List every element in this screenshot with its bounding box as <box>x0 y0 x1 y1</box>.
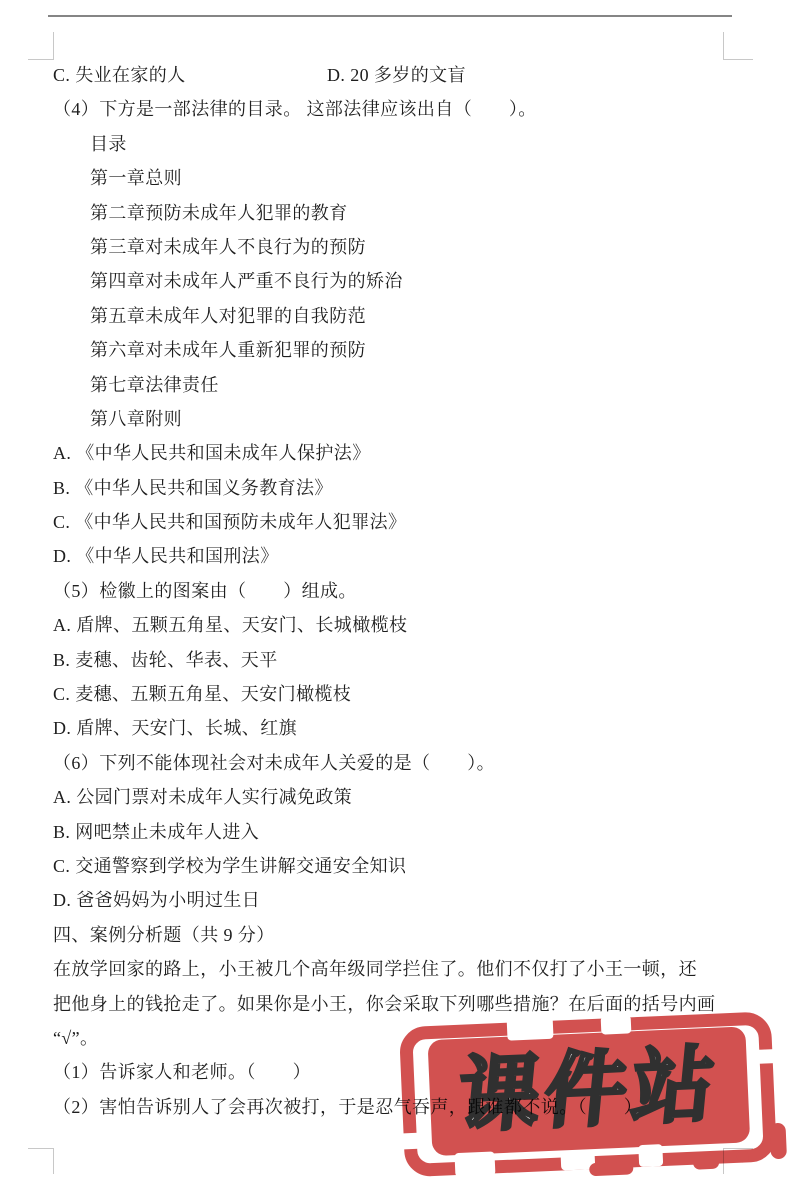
text-line: D. 盾牌、天安门、长城、红旗 <box>0 711 800 745</box>
text-line: 第一章总则 <box>0 161 800 195</box>
stamp-ink-blob <box>693 1156 720 1170</box>
text-segment: D. 20 多岁的文盲 <box>327 58 466 92</box>
page-edge-line <box>48 15 732 17</box>
text-line: 第八章附则 <box>0 402 800 436</box>
stamp-frame-gap <box>454 1151 495 1177</box>
text-line: B. 麦穗、齿轮、华表、天平 <box>0 643 800 677</box>
text-line: C. 失业在家的人D. 20 多岁的文盲 <box>0 58 800 92</box>
text-line: A. 《中华人民共和国未成年人保护法》 <box>0 436 800 470</box>
text-line: （2）害怕告诉别人了会再次被打，于是忍气吞声，跟谁都不说。（ ） <box>0 1090 800 1124</box>
text-line: （5）检徽上的图案由（ ）组成。 <box>0 574 800 608</box>
text-boundary-corner-top-right <box>723 32 753 60</box>
stamp-ink-blob <box>769 1123 787 1160</box>
text-line: 在放学回家的路上，小王被几个高年级同学拦住了。他们不仅打了小王一顿，还 <box>0 952 800 986</box>
text-line: 第六章对未成年人重新犯罪的预防 <box>0 333 800 367</box>
text-line: “√”。 <box>0 1021 800 1055</box>
text-line: D. 《中华人民共和国刑法》 <box>0 539 800 573</box>
text-line: 目录 <box>0 127 800 161</box>
text-line: 四、案例分析题（共 9 分） <box>0 918 800 952</box>
stamp-ink-blob <box>589 1161 634 1176</box>
text-line: 第四章对未成年人严重不良行为的矫治 <box>0 264 800 298</box>
text-line: A. 公园门票对未成年人实行减免政策 <box>0 780 800 814</box>
text-boundary-corner-top-left <box>28 32 54 60</box>
text-line: C. 麦穗、五颗五角星、天安门橄榄枝 <box>0 677 800 711</box>
stamp-frame-gap <box>638 1144 663 1167</box>
text-line: 把他身上的钱抢走了。如果你是小王，你会采取下列哪些措施？在后面的括号内画 <box>0 987 800 1021</box>
text-boundary-corner-bottom-right <box>723 1148 753 1174</box>
document-page: C. 失业在家的人D. 20 多岁的文盲（4）下方是一部法律的目录。 这部法律应… <box>0 0 800 1200</box>
text-line: B. 网吧禁止未成年人进入 <box>0 815 800 849</box>
text-line: （1）告诉家人和老师。（ ） <box>0 1055 800 1089</box>
text-line: （6）下列不能体现社会对未成年人关爱的是（ ）。 <box>0 746 800 780</box>
text-line: B. 《中华人民共和国义务教育法》 <box>0 471 800 505</box>
text-line: 第三章对未成年人不良行为的预防 <box>0 230 800 264</box>
text-line: A. 盾牌、五颗五角星、天安门、长城橄榄枝 <box>0 608 800 642</box>
text-boundary-corner-bottom-left <box>28 1148 54 1174</box>
text-line: C. 《中华人民共和国预防未成年人犯罪法》 <box>0 505 800 539</box>
stamp-frame-gap <box>400 1133 423 1150</box>
text-line: 第二章预防未成年人犯罪的教育 <box>0 196 800 230</box>
text-line: C. 交通警察到学校为学生讲解交通安全知识 <box>0 849 800 883</box>
text-segment: C. 失业在家的人 <box>53 58 186 92</box>
document-body: C. 失业在家的人D. 20 多岁的文盲（4）下方是一部法律的目录。 这部法律应… <box>0 58 800 1124</box>
text-line: （4）下方是一部法律的目录。 这部法律应该出自（ ）。 <box>0 92 800 126</box>
text-line: 第五章未成年人对犯罪的自我防范 <box>0 299 800 333</box>
text-line: 第七章法律责任 <box>0 368 800 402</box>
text-line: D. 爸爸妈妈为小明过生日 <box>0 883 800 917</box>
stamp-frame-gap <box>561 1151 596 1170</box>
